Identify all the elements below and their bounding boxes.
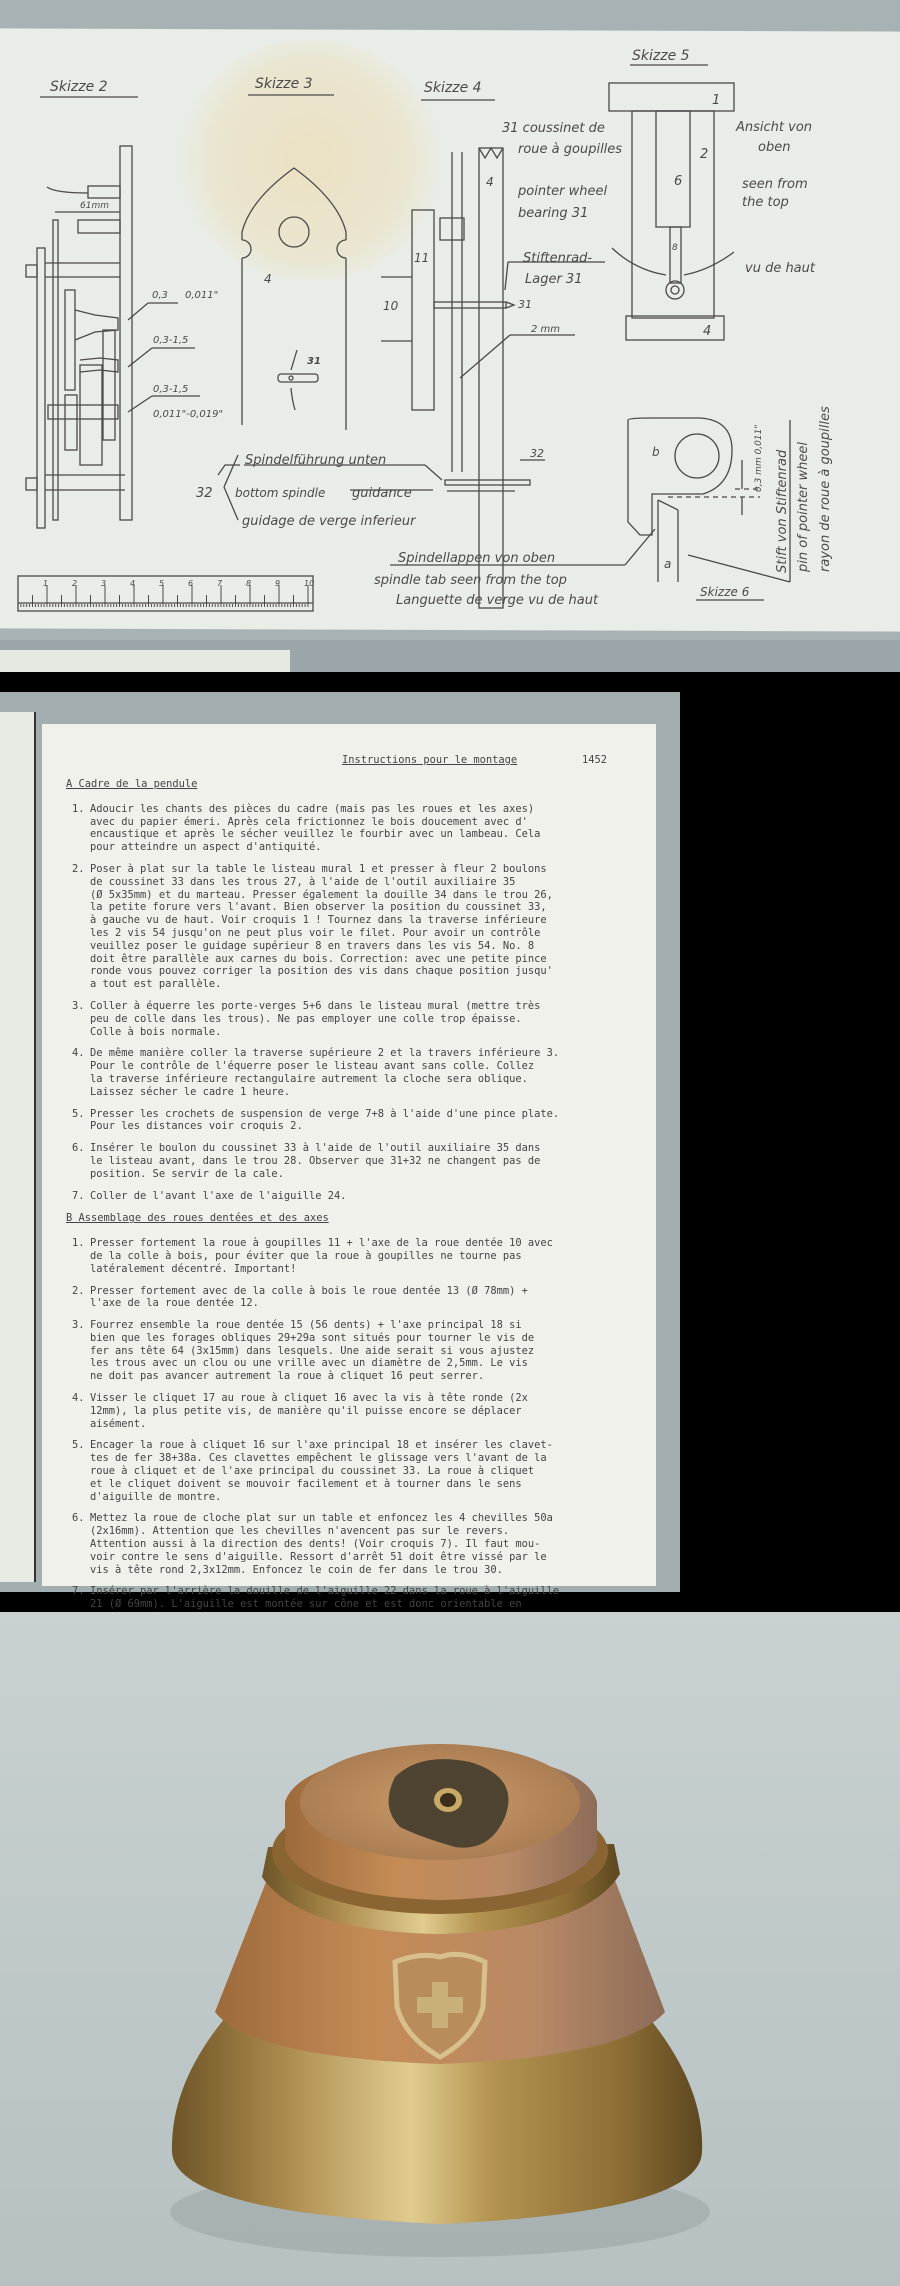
pin-gap-dimension: 0,3 mm 0,011" <box>754 425 764 492</box>
label-de-line1: Stiftenrad- <box>523 251 592 266</box>
step-number: 4. <box>72 1392 90 1430</box>
instruction-step: 4.De même manière coller la traverse sup… <box>72 1047 662 1098</box>
instruction-step: 3.Coller à équerre les porte-verges 5+6 … <box>72 1000 662 1038</box>
instruction-step: 6.Mettez la roue de cloche plat sur un t… <box>72 1512 662 1576</box>
spindle-tab-de: Spindellappen von oben <box>398 551 555 566</box>
step-text: Encager la roue à cliquet 16 sur l'axe p… <box>90 1439 662 1503</box>
label-fr-line2: roue à goupilles <box>518 142 622 157</box>
gap-label-1: 0,3 <box>152 290 168 301</box>
instruction-sections: A Cadre de la pendule1.Adoucir les chant… <box>72 778 662 1611</box>
step-number: 3. <box>72 1000 90 1038</box>
ruler-tick-label: 2 <box>72 579 77 588</box>
skizze-4-title: Skizze 4 <box>424 80 482 96</box>
part-2-label: 2 <box>700 147 708 162</box>
view-label-de-2: oben <box>758 140 790 155</box>
spindle-guide-de: Spindelführung unten <box>245 453 386 468</box>
instruction-step: 5.Presser les crochets de suspension de … <box>72 1108 662 1134</box>
ruler-tick-label: 9 <box>275 579 280 588</box>
label-en-line1: pointer wheel <box>517 184 607 199</box>
skizze-6-title: Skizze 6 <box>700 585 750 599</box>
step-number: 7. <box>72 1190 90 1203</box>
step-text: Insérer le boulon du coussinet 33 à l'ai… <box>90 1142 662 1180</box>
instruction-step: 3.Fourrez ensemble la roue dentée 15 (56… <box>72 1319 662 1383</box>
instruction-step: 5.Encager la roue à cliquet 16 sur l'axe… <box>72 1439 662 1503</box>
ruler-scale: 12345678910 <box>43 579 314 588</box>
spindle-guide-en: bottom spindle <box>235 486 325 500</box>
instruction-page: Instructions pour le montage 1452 A Cadr… <box>42 724 656 1586</box>
step-number: 6. <box>72 1512 90 1576</box>
gap-label-1-inch: 0,011" <box>185 290 218 301</box>
step-text: Fourrez ensemble la roue dentée 15 (56 d… <box>90 1319 662 1383</box>
gap-label-2: 0,3-1,5 <box>153 335 188 346</box>
technical-drawing: Skizze 2 Skizze 3 Skizze 4 Skizze 5 Skiz… <box>0 0 900 672</box>
spindle-guide-en-b: guidance <box>352 486 412 501</box>
step-text: Coller à équerre les porte-verges 5+6 da… <box>90 1000 662 1038</box>
ruler-tick-label: 4 <box>130 579 135 588</box>
pin-label-de: Stift von Stiftenrad <box>775 449 790 573</box>
sketch-sheet-photo: Skizze 2 Skizze 3 Skizze 4 Skizze 5 Skiz… <box>0 0 900 672</box>
part-31-label: 31 <box>307 356 321 367</box>
part-1-label: 1 <box>712 93 720 108</box>
section-heading: A Cadre de la pendule <box>66 778 662 791</box>
step-text: Presser les crochets de suspension de ve… <box>90 1108 662 1134</box>
ruler-tick-label: 3 <box>101 579 106 588</box>
label-de-line2: Lager 31 <box>525 272 582 287</box>
ruler-tick-label: 10 <box>304 579 314 588</box>
skizze-3-title: Skizze 3 <box>255 76 313 92</box>
section-heading: B Assemblage des roues dentées et des ax… <box>66 1212 662 1225</box>
step-number: 2. <box>72 863 90 991</box>
label-fr-line1: 31 coussinet de <box>502 121 605 136</box>
step-text: Visser le cliquet 17 au roue à cliquet 1… <box>90 1392 662 1430</box>
part-4-label: 4 <box>486 175 494 189</box>
spindle-guide-num: 32 <box>196 486 213 501</box>
step-text: Coller de l'avant l'axe de l'aiguille 24… <box>90 1190 662 1203</box>
document-code: 1452 <box>582 754 607 767</box>
step-number: 4. <box>72 1047 90 1098</box>
instructions-document-photo: Instructions pour le montage 1452 A Cadr… <box>0 672 900 1612</box>
view-label-en-2: the top <box>742 195 789 210</box>
part-6-label: 6 <box>674 174 682 189</box>
part-11-label: 11 <box>414 251 429 265</box>
instruction-step: 2.Presser fortement avec de la colle à b… <box>72 1285 662 1311</box>
part-4-label: 4 <box>264 272 272 286</box>
part-32-label: 32 <box>530 447 544 460</box>
dimension-61mm: 61mm <box>80 201 109 211</box>
part-10-label: 10 <box>383 299 399 313</box>
spindle-tab-fr: Languette de verge vu de haut <box>396 593 599 608</box>
instruction-step: 6.Insérer le boulon du coussinet 33 à l'… <box>72 1142 662 1180</box>
step-text: Poser à plat sur la table le listeau mur… <box>90 863 662 991</box>
step-number: 7. <box>72 1585 90 1611</box>
part-4-label: 4 <box>703 324 711 339</box>
spindle-tab-en: spindle tab seen from the top <box>374 573 567 588</box>
ruler-tick-label: 5 <box>159 579 164 588</box>
step-number: 1. <box>72 803 90 854</box>
step-number: 6. <box>72 1142 90 1180</box>
instruction-step: 1.Adoucir les chants des pièces du cadre… <box>72 803 662 854</box>
step-text: Presser fortement la roue à goupilles 11… <box>90 1237 662 1275</box>
pin-label-fr: rayon de roue à goupilles <box>818 406 833 572</box>
label-en-line2: bearing 31 <box>518 206 588 221</box>
instruction-step: 1.Presser fortement la roue à goupilles … <box>72 1237 662 1275</box>
step-number: 5. <box>72 1108 90 1134</box>
spindle-guide-fr: guidage de verge inferieur <box>242 514 417 529</box>
step-number: 3. <box>72 1319 90 1383</box>
gap-label-3: 0,3-1,5 <box>153 384 188 395</box>
step-text: Presser fortement avec de la colle à boi… <box>90 1285 662 1311</box>
part-8-label: 8 <box>672 243 678 253</box>
part-31-label: 31 <box>518 298 532 311</box>
skizze-5-title: Skizze 5 <box>632 48 690 64</box>
step-text: De même manière coller la traverse supér… <box>90 1047 662 1098</box>
dimension-2mm: 2 mm <box>531 324 560 335</box>
ruler-tick-label: 1 <box>43 579 48 588</box>
part-b-label: b <box>652 445 660 459</box>
brass-bell <box>0 1612 900 2286</box>
ruler-tick-label: 7 <box>217 579 223 588</box>
bell-photo <box>0 1612 900 2286</box>
part-a-label: a <box>664 557 671 571</box>
step-number: 1. <box>72 1237 90 1275</box>
step-number: 2. <box>72 1285 90 1311</box>
instruction-step: 2.Poser à plat sur la table le listeau m… <box>72 863 662 991</box>
ruler-tick-label: 6 <box>188 579 193 588</box>
step-text: Adoucir les chants des pièces du cadre (… <box>90 803 662 854</box>
step-text: Mettez la roue de cloche plat sur un tab… <box>90 1512 662 1576</box>
ruler-tick-label: 8 <box>246 579 251 588</box>
instruction-step: 4.Visser le cliquet 17 au roue à cliquet… <box>72 1392 662 1430</box>
view-label-fr: vu de haut <box>745 261 816 276</box>
gap-label-3-inch: 0,011"-0,019" <box>153 409 223 420</box>
instruction-step: 7.Insérer par l'arrière la douille de l'… <box>72 1585 662 1611</box>
document-title: Instructions pour le montage <box>342 754 517 766</box>
view-label-de: Ansicht von <box>735 120 812 135</box>
pin-label-en: pin of pointer wheel <box>796 442 811 573</box>
adjacent-page <box>0 712 36 1582</box>
view-label-en: seen from <box>742 177 808 192</box>
skizze-2-title: Skizze 2 <box>50 79 108 95</box>
step-number: 5. <box>72 1439 90 1503</box>
step-text: Insérer par l'arrière la douille de l'ai… <box>90 1585 662 1611</box>
instruction-step: 7.Coller de l'avant l'axe de l'aiguille … <box>72 1190 662 1203</box>
